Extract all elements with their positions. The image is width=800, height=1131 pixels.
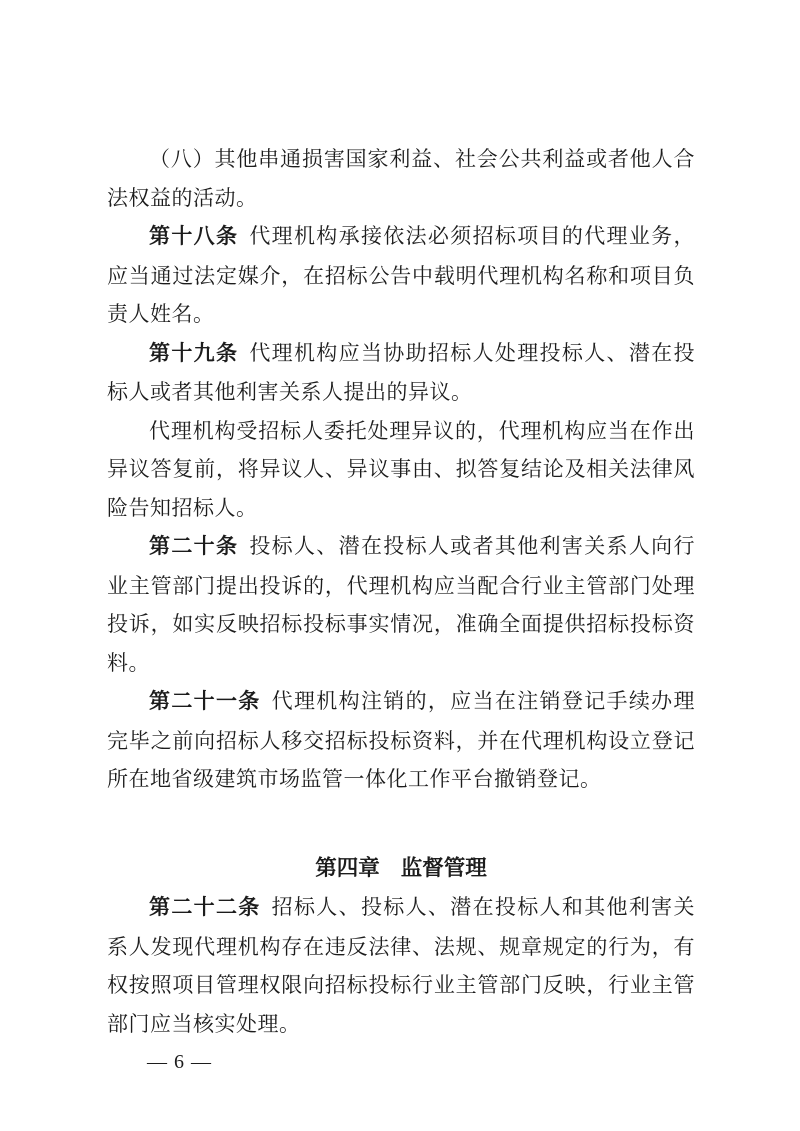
page-number: — 6 —	[107, 1043, 695, 1082]
article-number-label: 第二十二条	[149, 896, 261, 919]
article-number-label: 第十八条	[149, 225, 238, 248]
article-number-label: 第十九条	[149, 342, 238, 365]
paragraph: （八）其他串通损害国家利益、社会公共利益或者他人合法权益的活动。	[107, 140, 695, 217]
chapter-number: 第四章	[315, 856, 380, 880]
paragraph: 第二十条投标人、潜在投标人或者其他利害关系人向行业主管部门提出投诉的，代理机构应…	[107, 527, 695, 682]
chapter-heading: 第四章监督管理	[107, 849, 695, 888]
paragraph: 第十八条代理机构承接依法必须招标项目的代理业务，应当通过法定媒介，在招标公告中载…	[107, 217, 695, 334]
article-number-label: 第二十条	[149, 535, 238, 558]
paragraph-text: （八）其他串通损害国家利益、社会公共利益或者他人合法权益的活动。	[107, 147, 695, 210]
paragraph: 第十九条代理机构应当协助招标人处理投标人、潜在投标人或者其他利害关系人提出的异议…	[107, 334, 695, 412]
article-number-label: 第二十一条	[149, 690, 261, 713]
paragraph-text: 代理机构受招标人委托处理异议的，代理机构应当在作出异议答复前，将异议人、异议事由…	[107, 419, 695, 520]
paragraph: 第二十一条代理机构注销的，应当在注销登记手续办理完毕之前向招标人移交招标投标资料…	[107, 682, 695, 799]
document-page: （八）其他串通损害国家利益、社会公共利益或者他人合法权益的活动。 第十八条代理机…	[0, 0, 800, 1131]
document-body: （八）其他串通损害国家利益、社会公共利益或者他人合法权益的活动。 第十八条代理机…	[0, 0, 800, 1082]
paragraph: 第二十二条招标人、投标人、潜在投标人和其他利害关系人发现代理机构存在违反法律、法…	[107, 888, 695, 1043]
paragraph: 代理机构受招标人委托处理异议的，代理机构应当在作出异议答复前，将异议人、异议事由…	[107, 412, 695, 528]
chapter-title: 监督管理	[401, 856, 487, 880]
